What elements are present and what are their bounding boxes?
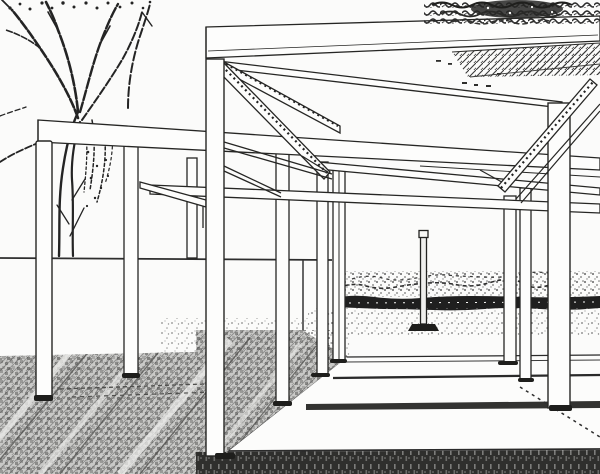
- column-right-2: [520, 188, 531, 381]
- perspective-drawing: [0, 0, 600, 474]
- column-back-right: [504, 196, 516, 364]
- column-wing-3: [187, 158, 197, 258]
- pole-base: [408, 324, 439, 331]
- front-shadow-band: [196, 450, 600, 474]
- column-left-2: [276, 142, 289, 404]
- pole-capital: [419, 231, 428, 238]
- column-front-left: [206, 59, 224, 456]
- foliage-top-right: [424, 0, 600, 26]
- column-front-right: [548, 103, 570, 408]
- column-wing-2: [124, 145, 138, 376]
- sketch-canvas: [0, 0, 600, 474]
- column-wing-1: [36, 141, 52, 398]
